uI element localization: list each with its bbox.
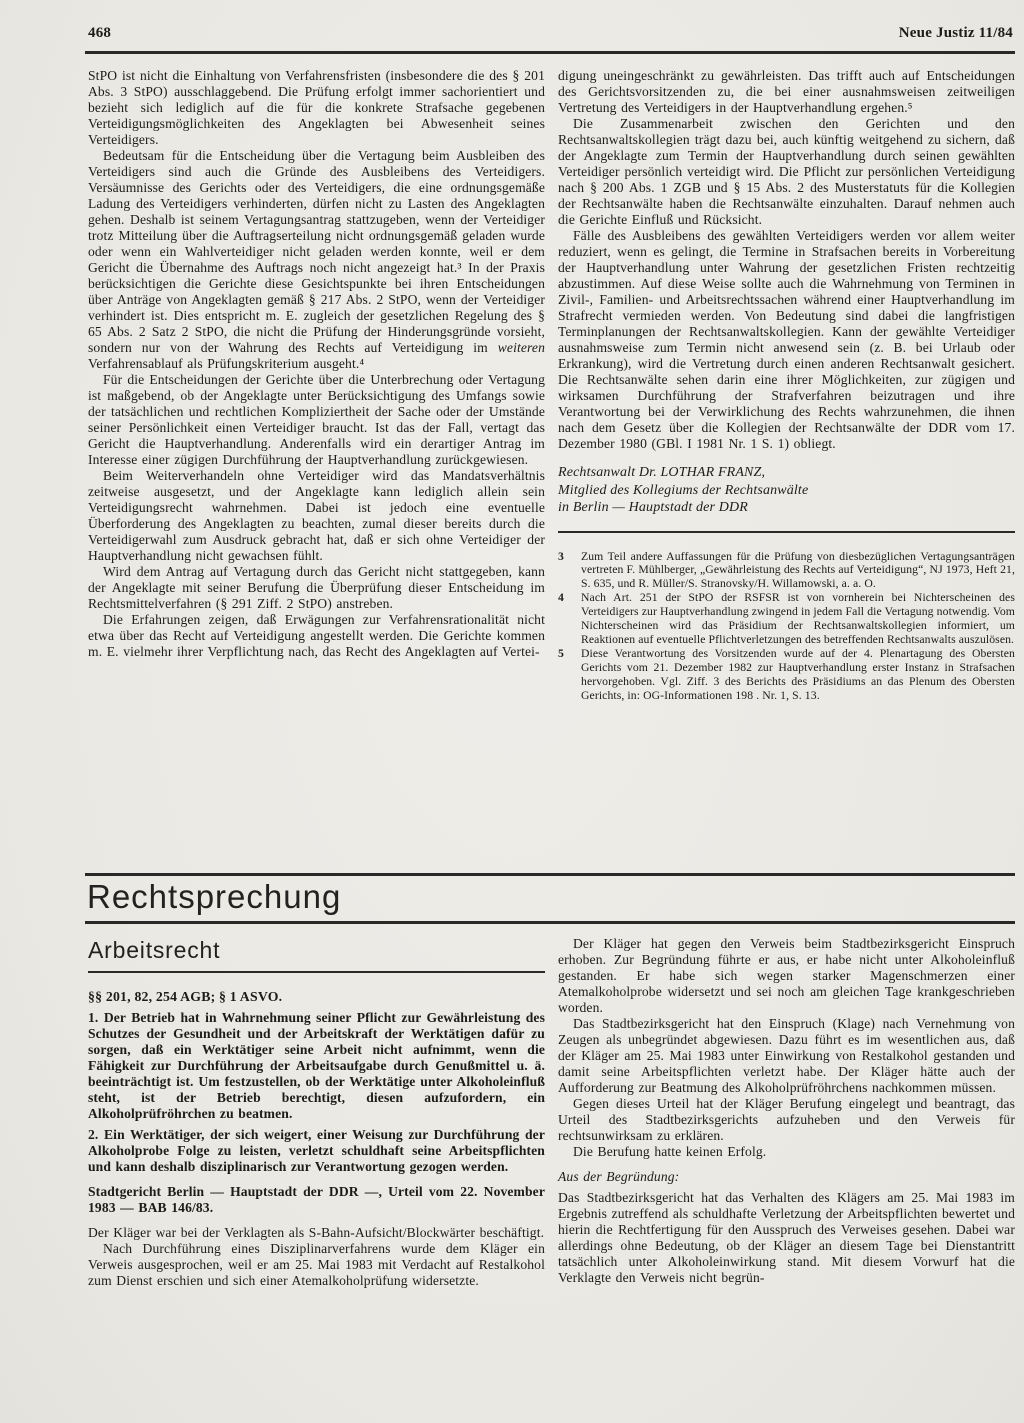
text-run: Bedeutsam für die Entscheidung über die … [88, 148, 545, 355]
footnote-number: 3 [558, 550, 581, 592]
author-block: Rechtsanwalt Dr. LOTHAR FRANZ,Mitglied d… [558, 464, 1015, 517]
paragraph: Nach Durchführung eines Disziplinarverfa… [88, 1241, 545, 1289]
journal-title: Neue Justiz 11/84 [899, 25, 1013, 42]
footnotes: 3Zum Teil andere Auffassungen für die Pr… [558, 550, 1015, 703]
header-rule [85, 51, 1015, 54]
case-column-left: Arbeitsrecht §§ 201, 82, 254 AGB; § 1 AS… [88, 936, 545, 1289]
footnote: 4Nach Art. 251 der StPO der RSFSR ist vo… [558, 591, 1015, 647]
section-rule-bottom [85, 921, 1015, 924]
paragraph: Das Stadtbezirksgericht hat den Einspruc… [558, 1016, 1015, 1096]
journal-page: 468 Neue Justiz 11/84 StPO ist nicht die… [0, 0, 1024, 1423]
author-line: in Berlin — Hauptstadt der DDR [558, 499, 1015, 517]
footnote-text: Diese Verantwortung des Vorsitzenden wur… [581, 647, 1015, 703]
footnote: 5Diese Verantwortung des Vorsitzenden wu… [558, 647, 1015, 703]
section-title: Rechtsprechung [87, 877, 341, 917]
author-line: Mitglied des Kollegiums der Rechtsanwält… [558, 482, 1015, 500]
paragraph: Beim Weiterverhandeln ohne Verteidiger w… [88, 468, 545, 564]
paragraph: Das Stadtbezirksgericht hat das Verhalte… [558, 1190, 1015, 1286]
page-number: 468 [88, 25, 111, 42]
paragraph: digung uneingeschränkt zu gewährleisten.… [558, 68, 1015, 116]
footnote: 3Zum Teil andere Auffassungen für die Pr… [558, 550, 1015, 592]
footnote-text: Zum Teil andere Auffassungen für die Prü… [581, 550, 1015, 592]
paragraph: Der Kläger war bei der Verklagten als S-… [88, 1225, 545, 1241]
article-column-left: StPO ist nicht die Einhaltung von Verfah… [88, 68, 545, 702]
paragraph: Fälle des Ausbleibens des gewählten Vert… [558, 228, 1015, 452]
running-head: 468 Neue Justiz 11/84 [88, 25, 1013, 42]
case-left-body: 1. Der Betrieb hat in Wahrnehmung seiner… [88, 1010, 545, 1289]
paragraph: Aus der Begründung: [558, 1169, 1015, 1185]
article-columns: StPO ist nicht die Einhaltung von Verfah… [88, 68, 1015, 702]
paragraph: 2. Ein Werktätiger, der sich weigert, ei… [88, 1127, 545, 1175]
subsection-title: Arbeitsrecht [88, 937, 545, 964]
footnote-number: 5 [558, 647, 581, 703]
case-column-right: Der Kläger hat gegen den Verweis beim St… [558, 936, 1015, 1289]
paragraph: 1. Der Betrieb hat in Wahrnehmung seiner… [88, 1010, 545, 1122]
text-run: Verfahrensablauf als Prüfungskriterium a… [88, 356, 364, 371]
author-line: Rechtsanwalt Dr. LOTHAR FRANZ, [558, 464, 1015, 482]
statute-line: §§ 201, 82, 254 AGB; § 1 ASVO. [88, 988, 545, 1005]
article-column-right: digung uneingeschränkt zu gewährleisten.… [558, 68, 1015, 702]
paragraph: Der Kläger hat gegen den Verweis beim St… [558, 936, 1015, 1016]
paragraph: Bedeutsam für die Entscheidung über die … [88, 148, 545, 372]
footnote-text: Nach Art. 251 der StPO der RSFSR ist von… [581, 591, 1015, 647]
section-rule-top [85, 873, 1015, 876]
paragraph: Die Erfahrungen zeigen, daß Erwägungen z… [88, 612, 545, 660]
subsection-rule [88, 971, 545, 973]
paragraph: Die Zusammenarbeit zwischen den Gerichte… [558, 116, 1015, 228]
footnote-rule [558, 531, 1015, 533]
paragraph: Wird dem Antrag auf Vertagung durch das … [88, 564, 545, 612]
case-columns: Arbeitsrecht §§ 201, 82, 254 AGB; § 1 AS… [88, 936, 1015, 1289]
paragraph: Gegen dieses Urteil hat der Kläger Beruf… [558, 1096, 1015, 1144]
paragraph: Stadtgericht Berlin — Hauptstadt der DDR… [88, 1184, 545, 1216]
paragraph: Für die Entscheidungen der Gerichte über… [88, 372, 545, 468]
emphasized-text: weiteren [498, 340, 545, 355]
paragraph: Die Berufung hatte keinen Erfolg. [558, 1144, 1015, 1160]
paragraph: StPO ist nicht die Einhaltung von Verfah… [88, 68, 545, 148]
footnote-number: 4 [558, 591, 581, 647]
